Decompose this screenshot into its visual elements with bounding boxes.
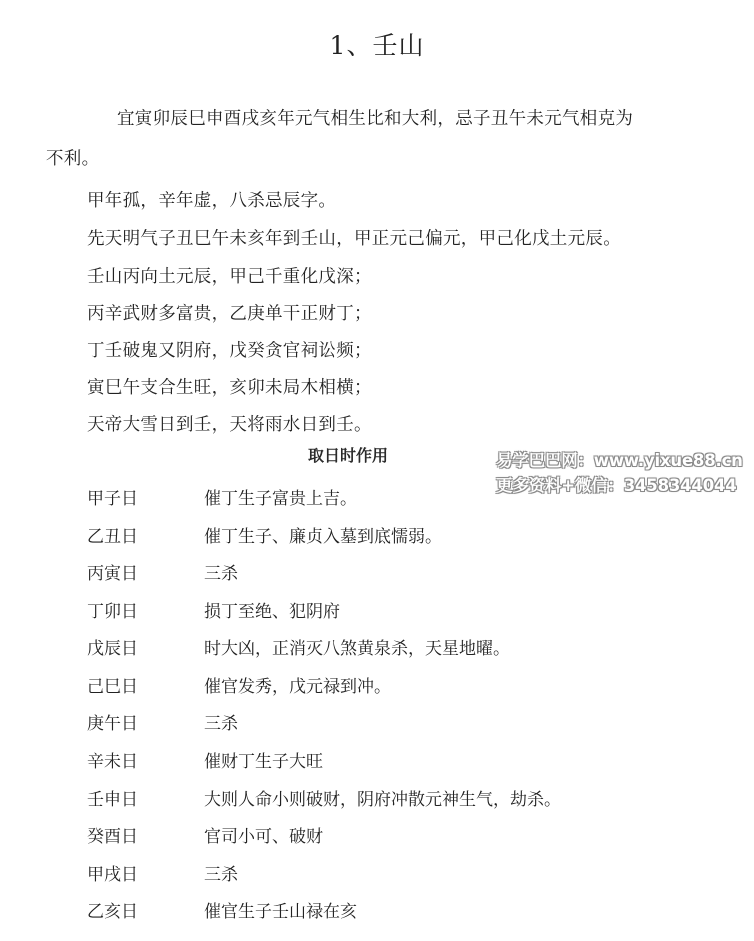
day-cell: 甲戌日 — [87, 860, 204, 885]
effect-cell: 三杀 — [204, 564, 238, 584]
effect-cell: 时大凶，正消灭八煞黄泉杀，天星地曜。 — [204, 639, 510, 659]
effect-cell: 催官生子壬山禄在亥 — [204, 902, 357, 922]
table-row: 己巳日催官发秀，戊元禄到冲。 — [87, 672, 391, 697]
table-row: 壬申日大则人命小则破财，阴府冲散元神生气，劫杀。 — [87, 785, 561, 810]
day-cell: 戊辰日 — [87, 634, 204, 659]
table-row: 丁卯日损丁至绝、犯阴府 — [87, 597, 340, 622]
paragraph-1-cont: 不利。 — [46, 145, 99, 170]
watermark-site: 易学巴巴网：www.yixue88.cn — [496, 447, 743, 471]
table-row: 甲子日催丁生子富贵上吉。 — [87, 484, 357, 509]
table-row: 癸酉日官司小可、破财 — [87, 822, 323, 847]
verse-line-2: 丙辛武财多富贵，乙庚单干正财丁； — [87, 300, 372, 325]
verse-line-3: 丁壬破鬼又阴府，戊癸贪官祠讼频； — [87, 337, 372, 362]
effect-cell: 官司小可、破财 — [204, 827, 323, 847]
effect-cell: 三杀 — [204, 865, 238, 885]
day-cell: 辛未日 — [87, 747, 204, 772]
day-cell: 壬申日 — [87, 785, 204, 810]
table-row: 乙丑日催丁生子、廉贞入墓到底懦弱。 — [87, 522, 442, 547]
paragraph-1: 宜寅卯辰巳申酉戌亥年元气相生比和大利，忌子丑午未元气相克为 — [117, 105, 633, 130]
table-row: 辛未日催财丁生子大旺 — [87, 747, 323, 772]
day-cell: 己巳日 — [87, 672, 204, 697]
table-row: 丙寅日三杀 — [87, 559, 238, 584]
day-cell: 丁卯日 — [87, 597, 204, 622]
verse-line-1: 壬山丙向土元辰，甲己千重化戊深； — [87, 263, 372, 288]
day-cell: 甲子日 — [87, 484, 204, 509]
day-cell: 庚午日 — [87, 709, 204, 734]
day-cell: 乙亥日 — [87, 897, 204, 922]
day-cell: 丙寅日 — [87, 559, 204, 584]
effect-cell: 催财丁生子大旺 — [204, 752, 323, 772]
verse-line-4: 寅巳午支合生旺，亥卯未局木相横； — [87, 374, 372, 399]
day-cell: 癸酉日 — [87, 822, 204, 847]
watermark-contact: 更多资料+微信：3458344044 — [496, 472, 737, 496]
effect-cell: 催官发秀，戊元禄到冲。 — [204, 677, 391, 697]
table-row: 甲戌日三杀 — [87, 860, 238, 885]
effect-cell: 三杀 — [204, 714, 238, 734]
effect-cell: 催丁生子富贵上吉。 — [204, 489, 357, 509]
effect-cell: 大则人命小则破财，阴府冲散元神生气，劫杀。 — [204, 790, 561, 810]
table-row: 戊辰日时大凶，正消灭八煞黄泉杀，天星地曜。 — [87, 634, 510, 659]
table-row: 庚午日三杀 — [87, 709, 238, 734]
section-heading: 取日时作用 — [308, 443, 388, 466]
paragraph-3: 先天明气子丑巳午未亥年到壬山，甲正元己偏元，甲己化戊土元辰。 — [87, 225, 621, 250]
table-row: 乙亥日催官生子壬山禄在亥 — [87, 897, 357, 922]
page-title: 1、壬山 — [0, 26, 754, 62]
verse-line-5: 天帝大雪日到壬，天将雨水日到壬。 — [87, 411, 372, 436]
effect-cell: 损丁至绝、犯阴府 — [204, 602, 340, 622]
effect-cell: 催丁生子、廉贞入墓到底懦弱。 — [204, 527, 442, 547]
day-cell: 乙丑日 — [87, 522, 204, 547]
paragraph-2: 甲年孤，辛年虚，八杀忌辰字。 — [87, 187, 336, 212]
